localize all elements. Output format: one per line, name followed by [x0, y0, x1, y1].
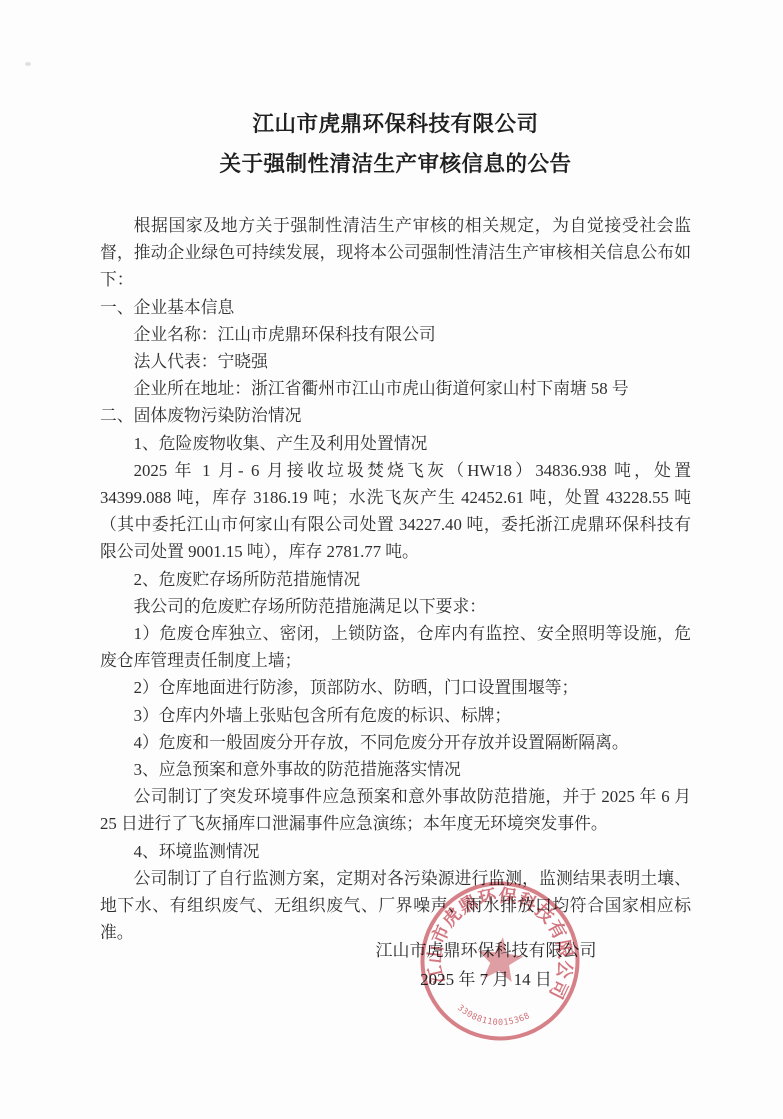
svg-text:33088110015368: 33088110015368: [454, 1003, 533, 1033]
measure-1: 1）危废仓库独立、密闭，上锁防盗，仓库内有监控、安全照明等设施，危废仓库管理责任…: [100, 620, 691, 674]
field-company-name: 企业名称：江山市虎鼎环保科技有限公司: [100, 321, 691, 348]
doc-title-company: 江山市虎鼎环保科技有限公司: [100, 104, 691, 144]
para-requirements-intro: 我公司的危废贮存场所防范措施满足以下要求：: [100, 593, 691, 620]
field-legal-representative: 法人代表：宁晓强: [100, 348, 691, 375]
seal-star-icon: [475, 934, 526, 983]
measure-2: 2）仓库地面进行防渗，顶部防水、防晒，门口设置围堰等；: [100, 674, 691, 701]
company-seal-stamp: 江山市虎鼎环保科技有限公司 33088110015368: [414, 875, 586, 1047]
document-content: 江山市虎鼎环保科技有限公司 关于强制性清洁生产审核信息的公告 根据国家及地方关于…: [0, 0, 783, 946]
para-monitoring: 公司制订了自行监测方案，定期对各污染源进行监测，监测结果表明土壤、地下水、有组织…: [100, 865, 691, 947]
scanned-document-page: 江山市虎鼎环保科技有限公司 关于强制性清洁生产审核信息的公告 根据国家及地方关于…: [0, 0, 783, 1119]
para-hazwaste-data: 2025 年 1 月- 6 月接收垃圾焚烧飞灰（HW18）34836.938 吨…: [100, 457, 691, 566]
item-2-storage-title: 2、危废贮存场所防范措施情况: [100, 566, 691, 593]
measure-4: 4）危废和一般固废分开存放，不同危废分开存放并设置隔断隔离。: [100, 729, 691, 756]
measure-3: 3）仓库内外墙上张贴包含所有危废的标识、标牌；: [100, 702, 691, 729]
heading-company-info: 一、企业基本信息: [100, 294, 691, 321]
seal-code: 33088110015368: [454, 1003, 533, 1033]
doc-body: 根据国家及地方关于强制性清洁生产审核的相关规定，为自觉接受社会监督，推动企业绿色…: [100, 212, 691, 946]
scan-speck: [25, 62, 31, 66]
para-emergency: 公司制订了突发环境事件应急预案和意外事故防范措施，并于 2025 年 6 月 2…: [100, 783, 691, 837]
item-1-hazwaste-title: 1、危险废物收集、产生及利用处置情况: [100, 430, 691, 457]
doc-title-subject: 关于强制性清洁生产审核信息的公告: [100, 144, 691, 184]
para-intro: 根据国家及地方关于强制性清洁生产审核的相关规定，为自觉接受社会监督，推动企业绿色…: [100, 212, 691, 294]
field-company-address: 企业所在地址：浙江省衢州市江山市虎山街道何家山村下南塘 58 号: [100, 375, 691, 402]
item-4-monitoring-title: 4、环境监测情况: [100, 838, 691, 865]
item-3-emergency-title: 3、应急预案和意外事故的防范措施落实情况: [100, 756, 691, 783]
heading-solid-waste: 二、固体废物污染防治情况: [100, 402, 691, 429]
